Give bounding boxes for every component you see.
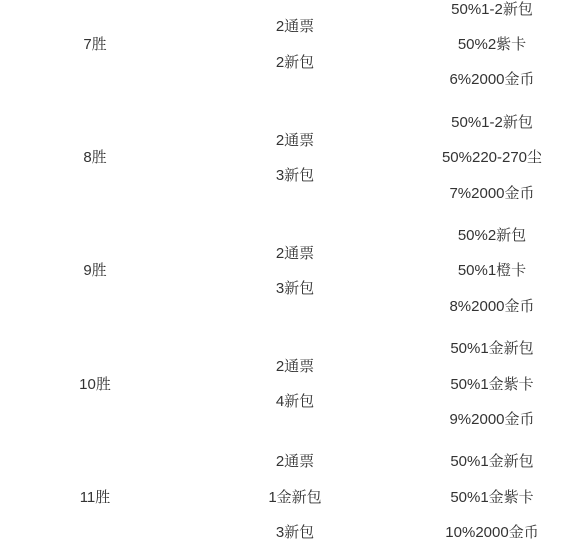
chance-reward-line: 50%1金新包 [450, 331, 533, 366]
wins-cell: 11胜 [0, 441, 190, 554]
wins-cell: 10胜 [0, 328, 190, 441]
chance-reward-line: 9%2000金币 [449, 402, 534, 437]
chance-reward-line: 7%2000金币 [449, 175, 534, 210]
fixed-rewards-cell: 2通票 3新包 [190, 214, 400, 327]
fixed-reward-line: 3新包 [276, 515, 314, 550]
fixed-reward-line: 3新包 [276, 158, 314, 193]
wins-cell: 7胜 [0, 0, 190, 101]
wins-label: 10胜 [79, 366, 111, 401]
table-row: 11胜 2通票 1金新包 3新包 50%1金新包 50%1金紫卡 10%2000… [0, 441, 584, 554]
chance-reward-line: 50%1-2新包 [451, 105, 533, 140]
chance-rewards-cell: 50%1-2新包 50%220-270尘 7%2000金币 [400, 101, 584, 214]
chance-reward-line: 8%2000金币 [449, 289, 534, 324]
fixed-rewards-cell: 2通票 3新包 [190, 101, 400, 214]
fixed-reward-line: 1金新包 [268, 480, 321, 515]
table-row: 10胜 2通票 4新包 50%1金新包 50%1金紫卡 9%2000金币 [0, 328, 584, 441]
chance-reward-line: 50%2紫卡 [458, 27, 526, 62]
fixed-reward-line: 2通票 [276, 122, 314, 157]
table-row: 8胜 2通票 3新包 50%1-2新包 50%220-270尘 7%2000金币 [0, 101, 584, 214]
fixed-reward-line: 2通票 [276, 9, 314, 44]
fixed-reward-line: 3新包 [276, 271, 314, 306]
chance-reward-line: 10%2000金币 [445, 515, 538, 550]
chance-rewards-cell: 50%1-2新包 50%2紫卡 6%2000金币 [400, 0, 584, 101]
table-row: 9胜 2通票 3新包 50%2新包 50%1橙卡 8%2000金币 [0, 214, 584, 327]
fixed-rewards-cell: 2通票 4新包 [190, 328, 400, 441]
wins-cell: 9胜 [0, 214, 190, 327]
wins-label: 7胜 [83, 27, 106, 62]
chance-reward-line: 50%1金紫卡 [450, 480, 533, 515]
table-row: 7胜 2通票 2新包 50%1-2新包 50%2紫卡 6%2000金币 [0, 0, 584, 101]
wins-label: 8胜 [83, 140, 106, 175]
fixed-reward-line: 2新包 [276, 45, 314, 80]
chance-reward-line: 50%1-2新包 [451, 0, 533, 27]
fixed-reward-line: 4新包 [276, 384, 314, 419]
chance-reward-line: 50%1金新包 [450, 444, 533, 479]
chance-reward-line: 50%1金紫卡 [450, 366, 533, 401]
wins-label: 9胜 [83, 253, 106, 288]
chance-rewards-cell: 50%2新包 50%1橙卡 8%2000金币 [400, 214, 584, 327]
wins-cell: 8胜 [0, 101, 190, 214]
arena-rewards-table: 7胜 2通票 2新包 50%1-2新包 50%2紫卡 6%2000金币 8胜 2… [0, 0, 584, 554]
chance-reward-line: 50%220-270尘 [442, 140, 542, 175]
chance-reward-line: 50%2新包 [458, 218, 526, 253]
fixed-reward-line: 2通票 [276, 444, 314, 479]
fixed-reward-line: 2通票 [276, 236, 314, 271]
chance-reward-line: 6%2000金币 [449, 62, 534, 97]
fixed-rewards-cell: 2通票 1金新包 3新包 [190, 441, 400, 554]
chance-reward-line: 50%1橙卡 [458, 253, 526, 288]
chance-rewards-cell: 50%1金新包 50%1金紫卡 10%2000金币 [400, 441, 584, 554]
chance-rewards-cell: 50%1金新包 50%1金紫卡 9%2000金币 [400, 328, 584, 441]
fixed-rewards-cell: 2通票 2新包 [190, 0, 400, 101]
wins-label: 11胜 [80, 480, 111, 515]
fixed-reward-line: 2通票 [276, 349, 314, 384]
